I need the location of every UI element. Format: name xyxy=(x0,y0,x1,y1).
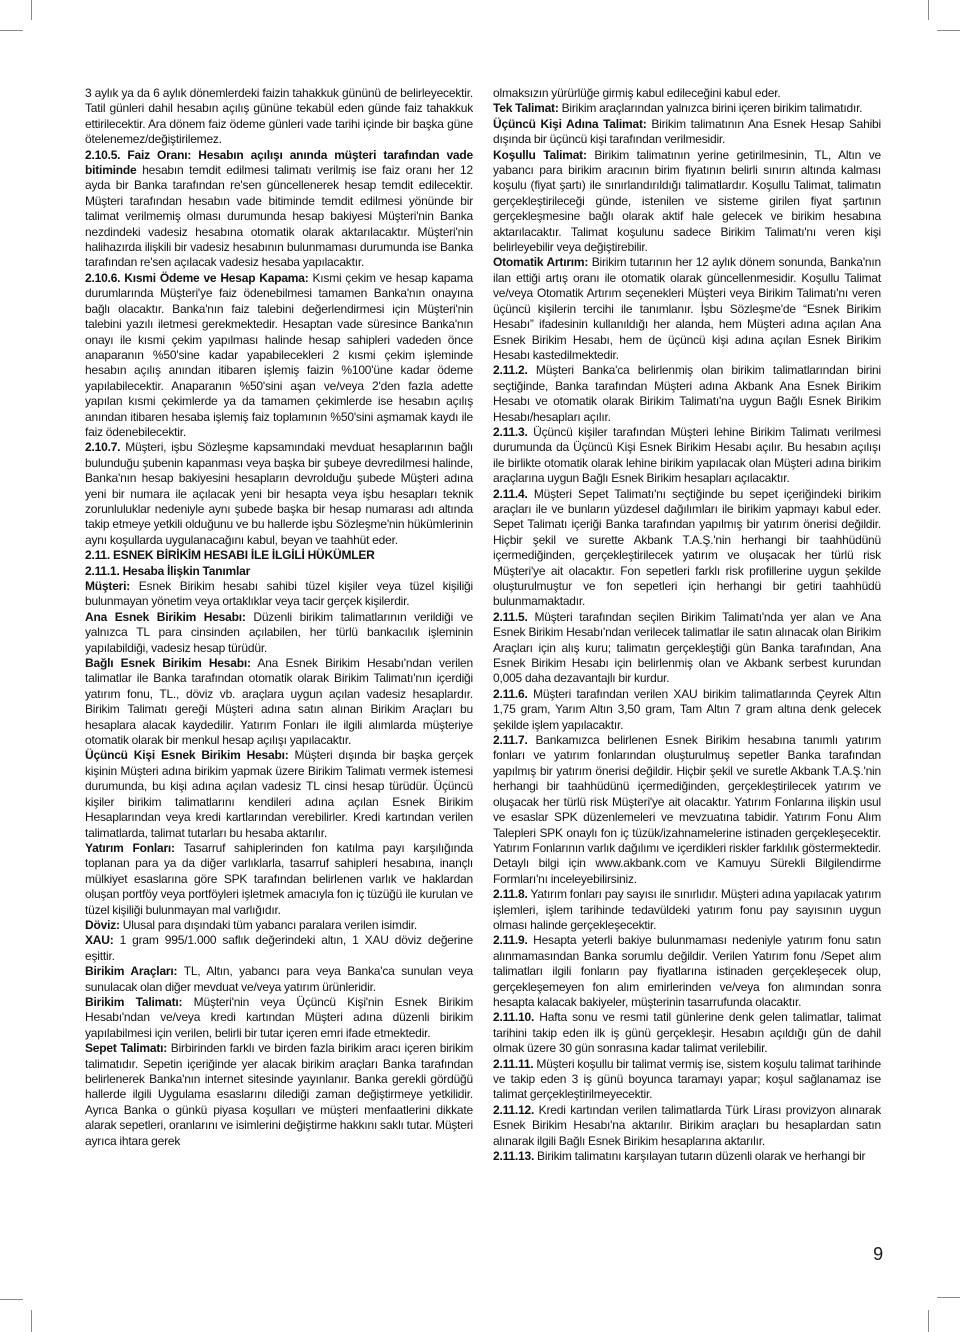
paragraph: Otomatik Artırım: Birikim tutarının her … xyxy=(493,255,881,363)
paragraph: Sepet Talimatı: Birbirinden farklı ve bi… xyxy=(85,1041,473,1149)
paragraph: Ana Esnek Birikim Hesabı: Düzenli biriki… xyxy=(85,610,473,656)
crop-mark-icon xyxy=(0,30,23,31)
paragraph: 2.11.9. Hesapta yeterli bakiye bulunmama… xyxy=(493,933,881,1010)
paragraph: Bağlı Esnek Birikim Hesabı: Ana Esnek Bi… xyxy=(85,656,473,748)
crop-mark-icon xyxy=(928,0,929,20)
paragraph: 2.11.11. Müşteri koşullu bir talimat ver… xyxy=(493,1057,881,1103)
crop-mark-icon xyxy=(937,1297,960,1298)
paragraph: 2.10.6. Kısmi Ödeme ve Hesap Kapama: Kıs… xyxy=(85,271,473,440)
paragraph: 2.11.2. Müşteri Banka'ca belirlenmiş ola… xyxy=(493,363,881,425)
paragraph: 3 aylık ya da 6 aylık dönemlerdeki faizi… xyxy=(85,86,473,148)
crop-mark-icon xyxy=(0,1299,23,1300)
paragraph: 2.11.7. Bankamızca belirlenen Esnek Biri… xyxy=(493,733,881,887)
paragraph: olmaksızın yürürlüğe girmiş kabul edilec… xyxy=(493,86,881,101)
crop-mark-icon xyxy=(928,1310,929,1332)
paragraph: 2.11.5. Müşteri tarafından seçilen Birik… xyxy=(493,610,881,687)
paragraph: XAU: 1 gram 995/1.000 saflık değerindeki… xyxy=(85,933,473,964)
text-column-right: olmaksızın yürürlüğe girmiş kabul edilec… xyxy=(493,86,881,1164)
paragraph: Müşteri: Esnek Birikim hesabı sahibi tüz… xyxy=(85,579,473,610)
paragraph: 2.10.7. Müşteri, işbu Sözleşme kapsamınd… xyxy=(85,440,473,548)
paragraph: Birikim Araçları: TL, Altın, yabancı par… xyxy=(85,964,473,995)
document-body: 3 aylık ya da 6 aylık dönemlerdeki faizi… xyxy=(85,86,881,1164)
paragraph: 2.11.3. Üçüncü kişiler tarafından Müşter… xyxy=(493,425,881,487)
paragraph: 2.11.10. Hafta sonu ve resmi tatil günle… xyxy=(493,1010,881,1056)
document-page: 3 aylık ya da 6 aylık dönemlerdeki faizi… xyxy=(0,0,960,1332)
paragraph: 2.11.8. Yatırım fonları pay sayısı ile s… xyxy=(493,887,881,933)
paragraph: Üçüncü Kişi Esnek Birikim Hesabı: Müşter… xyxy=(85,748,473,840)
crop-mark-icon xyxy=(31,1310,32,1332)
paragraph: 2.11.13. Birikim talimatını karşılayan t… xyxy=(493,1149,881,1164)
paragraph: Koşullu Talimat: Birikim talimatının yer… xyxy=(493,148,881,256)
text-column-left: 3 aylık ya da 6 aylık dönemlerdeki faizi… xyxy=(85,86,473,1164)
page-number: 9 xyxy=(868,1244,888,1265)
paragraph: 2.11.4. Müşteri Sepet Talimatı'nı seçtiğ… xyxy=(493,487,881,610)
crop-mark-icon xyxy=(31,0,32,20)
paragraph: Üçüncü Kişi Adına Talimat: Birikim talim… xyxy=(493,117,881,148)
paragraph: Tek Talimat: Birikim araçlarından yalnız… xyxy=(493,101,881,116)
paragraph: 2.10.5. Faiz Oranı: Hesabın açılışı anın… xyxy=(85,148,473,271)
section-heading: 2.11. ESNEK BİRİKİM HESABI İLE İLGİLİ HÜ… xyxy=(85,548,473,563)
paragraph: Birikim Talimatı: Müşteri'nin veya Üçünc… xyxy=(85,995,473,1041)
paragraph: 2.11.6. Müşteri tarafından verilen XAU b… xyxy=(493,687,881,733)
crop-mark-icon xyxy=(937,30,960,31)
paragraph: Yatırım Fonları: Tasarruf sahiplerinden … xyxy=(85,841,473,918)
paragraph: Döviz: Ulusal para dışındaki tüm yabancı… xyxy=(85,918,473,933)
paragraph: 2.11.12. Kredi kartından verilen talimat… xyxy=(493,1103,881,1149)
section-heading: 2.11.1. Hesaba İlişkin Tanımlar xyxy=(85,564,473,579)
